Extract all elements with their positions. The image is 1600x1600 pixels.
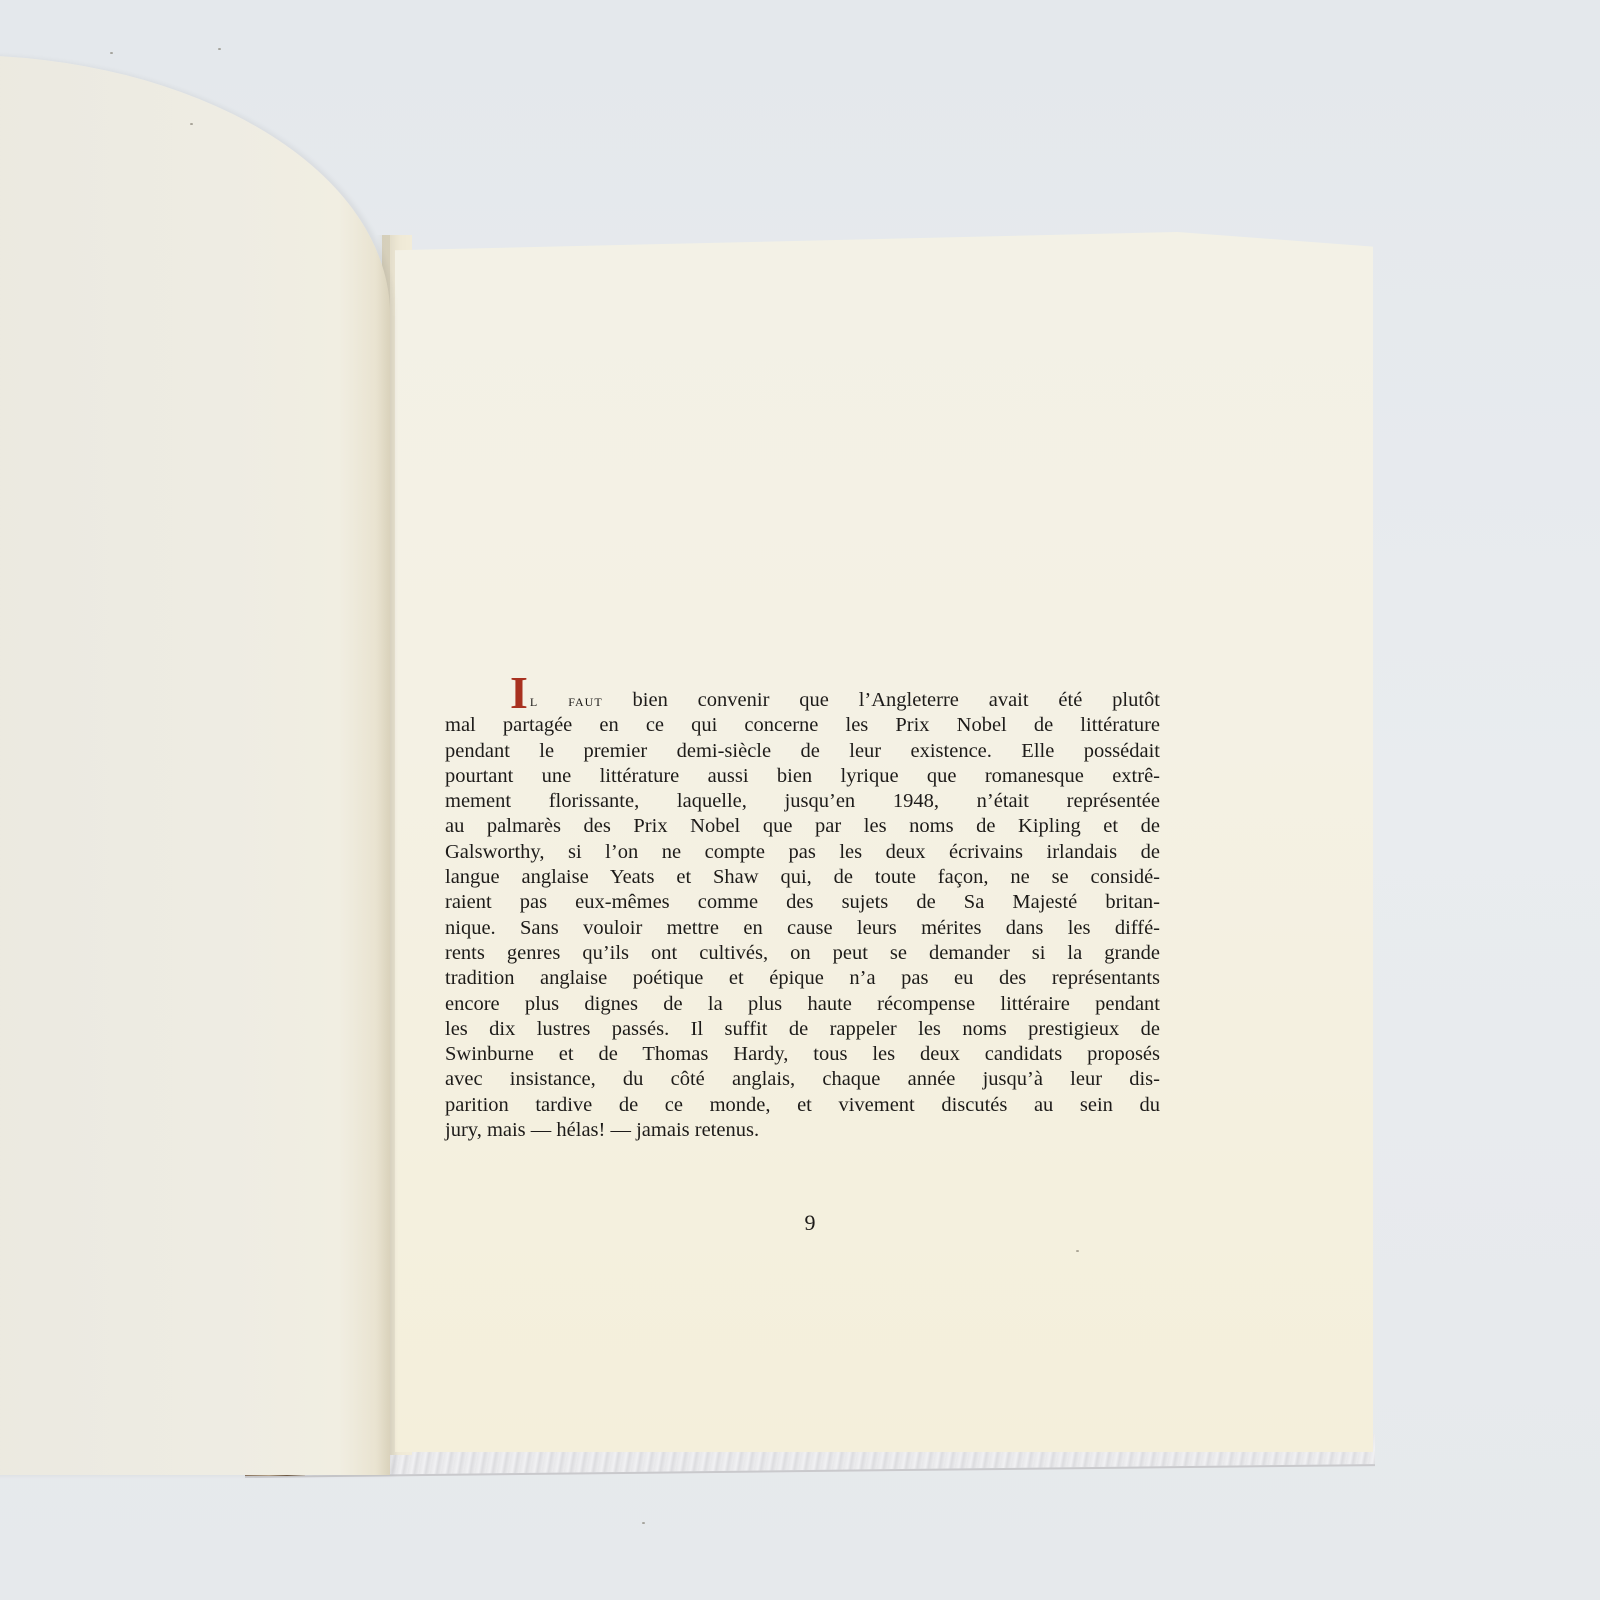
dust-speck — [218, 48, 221, 50]
dust-speck — [642, 1522, 645, 1524]
text-line-3: pendant le premier demi-siècle de leur e… — [445, 739, 1160, 764]
text-line-9: raient pas eux-mêmes comme des sujets de… — [445, 890, 1160, 915]
text-line-14: les dix lustres passés. Il suffit de rap… — [445, 1017, 1160, 1042]
text-line-10: nique. Sans vouloir mettre en cause leur… — [445, 916, 1160, 941]
photo-scene: Il faut bien convenir que l’Angleterre a… — [0, 0, 1600, 1600]
body-paragraph: Il faut bien convenir que l’Angleterre a… — [445, 678, 1160, 1143]
left-page-curled — [0, 55, 390, 1475]
text-line-7: Galsworthy, si l’on ne compte pas les de… — [445, 840, 1160, 865]
text-line-15: Swinburne et de Thomas Hardy, tous les d… — [445, 1042, 1160, 1067]
text-line-1: Il faut bien convenir que l’Angleterre a… — [445, 678, 1160, 713]
text-line-17: parition tardive de ce monde, et vivemen… — [445, 1093, 1160, 1118]
dust-speck — [1076, 1250, 1079, 1252]
text-line-12: tradition anglaise poétique et épique n’… — [445, 966, 1160, 991]
text-line-6: au palmarès des Prix Nobel que par les n… — [445, 814, 1160, 839]
text-line-1-rest: bien convenir que l’Angleterre avait été… — [603, 689, 1160, 711]
text-line-2: mal partagée en ce qui concerne les Prix… — [445, 713, 1160, 738]
text-line-5: mement florissante, laquelle, jusqu’en 1… — [445, 789, 1160, 814]
text-line-8: langue anglaise Yeats et Shaw qui, de to… — [445, 865, 1160, 890]
drop-cap-initial: I — [510, 667, 528, 718]
opening-small-caps: l faut — [530, 691, 603, 710]
page-number: 9 — [800, 1210, 820, 1236]
dust-speck — [190, 123, 193, 125]
text-line-16: avec insistance, du côté anglais, chaque… — [445, 1067, 1160, 1092]
dust-speck — [110, 52, 113, 54]
text-line-11: rents genres qu’ils ont cultivés, on peu… — [445, 941, 1160, 966]
text-line-13: encore plus dignes de la plus haute réco… — [445, 992, 1160, 1017]
text-line-18: jury, mais — hélas! — jamais retenus. — [445, 1118, 1160, 1143]
text-line-4: pourtant une littérature aussi bien lyri… — [445, 764, 1160, 789]
